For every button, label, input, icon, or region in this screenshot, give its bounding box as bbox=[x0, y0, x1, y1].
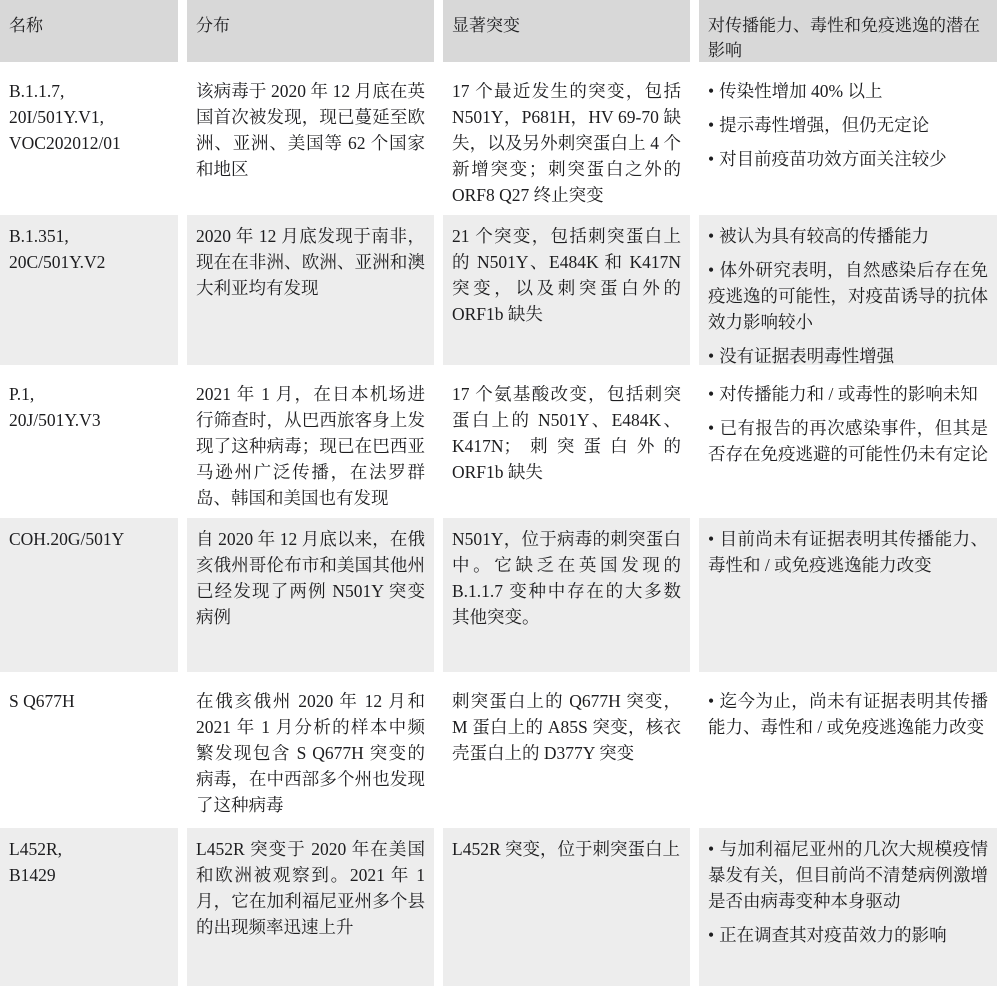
impact-text: 被认为具有较高的传播能力 bbox=[719, 226, 929, 246]
impact-text: 体外研究表明，自然感染后存在免疫逃逸的可能性，对疫苗诱导的抗体效力影响较小 bbox=[708, 260, 988, 332]
variants-table: 名称 分布 显著突变 对传播能力、毒性和免疫逃逸的潜在影响 B.1.1.7, 2… bbox=[0, 0, 997, 986]
impact-text: 目前尚未有证据表明其传播能力、毒性和 / 或免疫逃逸能力改变 bbox=[708, 529, 988, 575]
impact-cell: •迄今为止，尚未有证据表明其传播能力、毒性和 / 或免疫逃逸能力改变 bbox=[699, 680, 997, 820]
header-distribution: 分布 bbox=[187, 0, 434, 62]
impact-cell: •对传播能力和 / 或毒性的影响未知 •已有报告的再次感染事件，但其是否存在免疫… bbox=[699, 373, 997, 510]
bullet-icon: • bbox=[708, 418, 714, 438]
bullet-icon: • bbox=[708, 115, 714, 135]
impact-cell: •与加利福尼亚州的几次大规模疫情暴发有关，但目前尚不清楚病例激增是否由病毒变种本… bbox=[699, 828, 997, 986]
impact-bullet-item: •没有证据表明毒性增强 bbox=[708, 343, 988, 369]
mutations-cell: 17 个氨基酸改变，包括刺突蛋白上的 N501Y、E484K、K417N；刺突蛋… bbox=[443, 373, 690, 510]
bullet-icon: • bbox=[708, 260, 714, 280]
impact-text: 已有报告的再次感染事件，但其是否存在免疫逃避的可能性仍未有定论 bbox=[708, 418, 988, 464]
impact-bullet-item: •目前尚未有证据表明其传播能力、毒性和 / 或免疫逃逸能力改变 bbox=[708, 526, 988, 578]
variant-name-cell: B.1.351, 20C/501Y.V2 bbox=[0, 215, 178, 365]
variant-name-cell: S Q677H bbox=[0, 680, 178, 820]
distribution-cell: 2021 年 1 月，在日本机场进行筛查时，从巴西旅客身上发现了这种病毒；现已在… bbox=[187, 373, 434, 510]
mutations-cell: 21 个突变，包括刺突蛋白上的 N501Y、E484K 和 K417N 突变，以… bbox=[443, 215, 690, 365]
bullet-icon: • bbox=[708, 839, 714, 859]
distribution-cell: 2020 年 12 月底发现于南非，现在在非洲、欧洲、亚洲和澳大利亚均有发现 bbox=[187, 215, 434, 365]
bullet-icon: • bbox=[708, 529, 714, 549]
distribution-cell: 自 2020 年 12 月底以来，在俄亥俄州哥伦布市和美国其他州已经发现了两例 … bbox=[187, 518, 434, 672]
impact-bullet-item: •对传播能力和 / 或毒性的影响未知 bbox=[708, 381, 988, 407]
mutations-cell: N501Y，位于病毒的刺突蛋白中。它缺乏在英国发现的 B.1.1.7 变种中存在… bbox=[443, 518, 690, 672]
mutations-cell: L452R 突变，位于刺突蛋白上 bbox=[443, 828, 690, 986]
impact-text: 对传播能力和 / 或毒性的影响未知 bbox=[719, 384, 978, 404]
bullet-icon: • bbox=[708, 384, 714, 404]
impact-text: 对目前疫苗功效方面关注较少 bbox=[719, 149, 947, 169]
impact-text: 传染性增加 40% 以上 bbox=[719, 81, 882, 101]
mutations-cell: 17 个最近发生的突变，包括 N501Y，P681H，HV 69-70 缺失，以… bbox=[443, 70, 690, 207]
header-impact: 对传播能力、毒性和免疫逃逸的潜在影响 bbox=[699, 0, 997, 62]
impact-bullet-item: •体外研究表明，自然感染后存在免疫逃逸的可能性，对疫苗诱导的抗体效力影响较小 bbox=[708, 257, 988, 335]
impact-bullet-item: •传染性增加 40% 以上 bbox=[708, 78, 988, 104]
impact-bullet-item: •已有报告的再次感染事件，但其是否存在免疫逃避的可能性仍未有定论 bbox=[708, 415, 988, 467]
distribution-cell: L452R 突变于 2020 年在美国和欧洲被观察到。2021 年 1 月，它在… bbox=[187, 828, 434, 986]
bullet-icon: • bbox=[708, 925, 714, 945]
impact-bullet-item: •迄今为止，尚未有证据表明其传播能力、毒性和 / 或免疫逃逸能力改变 bbox=[708, 688, 988, 740]
header-mutations: 显著突变 bbox=[443, 0, 690, 62]
impact-bullet-item: •正在调查其对疫苗效力的影响 bbox=[708, 922, 988, 948]
impact-bullet-item: •被认为具有较高的传播能力 bbox=[708, 223, 988, 249]
variant-name-cell: B.1.1.7, 20I/501Y.V1, VOC202012/01 bbox=[0, 70, 178, 207]
impact-text: 正在调查其对疫苗效力的影响 bbox=[719, 925, 947, 945]
impact-text: 与加利福尼亚州的几次大规模疫情暴发有关，但目前尚不清楚病例激增是否由病毒变种本身… bbox=[708, 839, 988, 911]
bullet-icon: • bbox=[708, 226, 714, 246]
impact-text: 迄今为止，尚未有证据表明其传播能力、毒性和 / 或免疫逃逸能力改变 bbox=[708, 691, 988, 737]
variant-name-cell: L452R, B1429 bbox=[0, 828, 178, 986]
variant-name-cell: COH.20G/501Y bbox=[0, 518, 178, 672]
bullet-icon: • bbox=[708, 81, 714, 101]
impact-text: 提示毒性增强，但仍无定论 bbox=[719, 115, 929, 135]
impact-bullet-item: •对目前疫苗功效方面关注较少 bbox=[708, 146, 988, 172]
variant-name-cell: P.1, 20J/501Y.V3 bbox=[0, 373, 178, 510]
bullet-icon: • bbox=[708, 691, 714, 711]
header-name: 名称 bbox=[0, 0, 178, 62]
impact-cell: •被认为具有较高的传播能力 •体外研究表明，自然感染后存在免疫逃逸的可能性，对疫… bbox=[699, 215, 997, 365]
impact-text: 没有证据表明毒性增强 bbox=[719, 346, 894, 366]
bullet-icon: • bbox=[708, 149, 714, 169]
impact-cell: •传染性增加 40% 以上 •提示毒性增强，但仍无定论 •对目前疫苗功效方面关注… bbox=[699, 70, 997, 207]
impact-bullet-item: •提示毒性增强，但仍无定论 bbox=[708, 112, 988, 138]
impact-cell: •目前尚未有证据表明其传播能力、毒性和 / 或免疫逃逸能力改变 bbox=[699, 518, 997, 672]
distribution-cell: 该病毒于 2020 年 12 月底在英国首次被发现，现已蔓延至欧洲、亚洲、美国等… bbox=[187, 70, 434, 207]
bullet-icon: • bbox=[708, 346, 714, 366]
distribution-cell: 在俄亥俄州 2020 年 12 月和 2021 年 1 月分析的样本中频繁发现包… bbox=[187, 680, 434, 820]
mutations-cell: 刺突蛋白上的 Q677H 突变，M 蛋白上的 A85S 突变，核衣壳蛋白上的 D… bbox=[443, 680, 690, 820]
impact-bullet-item: •与加利福尼亚州的几次大规模疫情暴发有关，但目前尚不清楚病例激增是否由病毒变种本… bbox=[708, 836, 988, 914]
